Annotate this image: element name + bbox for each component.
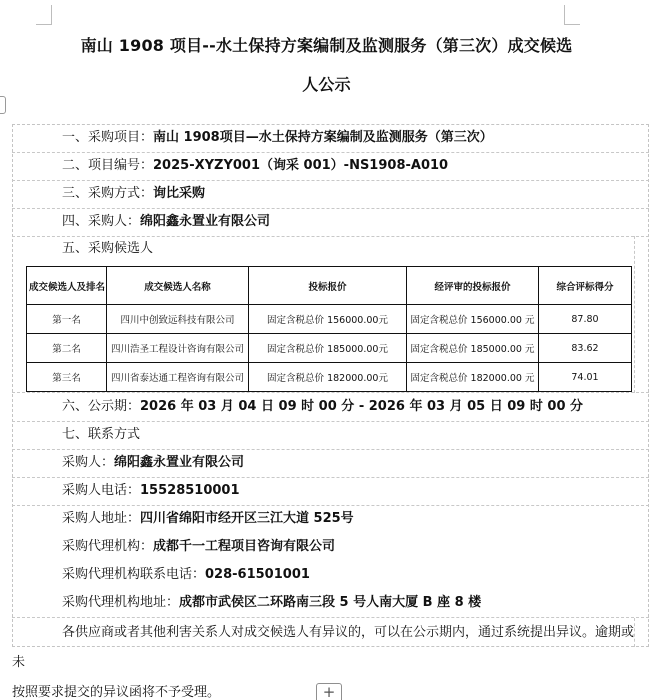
table-row: 第一名 四川中创致远科技有限公司 固定含税总价 156000.00元 固定含税总… <box>27 305 632 334</box>
cell-bid: 固定含税总价 182000.00元 <box>249 363 407 392</box>
row-contact-phone: 采购人电话：15528510001 <box>12 477 649 506</box>
contact-purchaser-value: 绵阳鑫永置业有限公司 <box>114 455 244 470</box>
row-contact-address: 采购人地址：四川省绵阳市经开区三江大道 525号 <box>12 505 649 533</box>
row-purchaser: 四、采购人：绵阳鑫永置业有限公司 <box>12 208 649 237</box>
table-header-row: 成交候选人及排名 成交候选人名称 投标报价 经评审的投标报价 综合评标得分 <box>27 267 632 305</box>
cell-rank: 第一名 <box>27 305 107 334</box>
table-move-handle[interactable] <box>0 96 6 114</box>
purchaser-phone-label: 采购人电话： <box>62 483 140 498</box>
project-number-value: 2025-XYZY001（询采 001）-NS1908-A010 <box>153 158 448 173</box>
document-page: 南山 1908 项目--水土保持方案编制及监测服务（第三次）成交候选 人公示 一… <box>0 0 653 700</box>
row-period: 六、公示期：2026 年 03 月 04 日 09 时 00 分 - 2026 … <box>12 393 649 422</box>
row-agency-address: 采购代理机构地址：成都市武侯区二环路南三段 5 号人南大厦 B 座 8 楼 <box>12 589 649 618</box>
row-contact-purchaser: 采购人：绵阳鑫永置业有限公司 <box>12 449 649 478</box>
cell-evaluated-bid: 固定含税总价 182000.00 元 <box>407 363 539 392</box>
margin-corner-top-right <box>564 5 580 25</box>
table-row: 第二名 四川浩圣工程设计咨询有限公司 固定含税总价 185000.00元 固定含… <box>27 334 632 363</box>
row-project: 一、采购项目：南山 1908项目—水土保持方案编制及监测服务（第三次） <box>12 124 649 153</box>
period-label: 六、公示期： <box>62 399 140 414</box>
purchaser-label: 四、采购人： <box>62 214 140 229</box>
cell-evaluated-bid: 固定含税总价 185000.00 元 <box>407 334 539 363</box>
agency-value: 成都千一工程项目咨询有限公司 <box>153 539 335 554</box>
col-header-bid: 投标报价 <box>249 267 407 305</box>
cell-divider <box>634 618 635 647</box>
table-row: 第三名 四川省泰达通工程咨询有限公司 固定含税总价 182000.00元 固定含… <box>27 363 632 392</box>
row-agency: 采购代理机构：成都千一工程项目咨询有限公司 <box>12 533 649 561</box>
col-header-evaluated-bid: 经评审的投标报价 <box>407 267 539 305</box>
contact-heading: 七、联系方式 <box>62 427 140 442</box>
cell-score: 87.80 <box>539 305 632 334</box>
project-value: 南山 1908项目—水土保持方案编制及监测服务（第三次） <box>153 130 493 145</box>
contact-purchaser-label: 采购人： <box>62 455 114 470</box>
notice-line-1: 各供应商或者其他利害关系人对成交候选人有异议的，可以在公示期内，通过系统提出异议… <box>12 618 634 678</box>
purchaser-value: 绵阳鑫永置业有限公司 <box>140 214 270 229</box>
method-label: 三、采购方式： <box>62 186 153 201</box>
method-value: 询比采购 <box>153 186 205 201</box>
agency-phone-value: 028-61501001 <box>205 567 310 582</box>
row-project-number: 二、项目编号：2025-XYZY001（询采 001）-NS1908-A010 <box>12 152 649 181</box>
cell-score: 74.01 <box>539 363 632 392</box>
project-label: 一、采购项目： <box>62 130 153 145</box>
col-header-rank: 成交候选人及排名 <box>27 267 107 305</box>
period-value: 2026 年 03 月 04 日 09 时 00 分 - 2026 年 03 月… <box>140 399 583 414</box>
agency-label: 采购代理机构： <box>62 539 153 554</box>
agency-address-value: 成都市武侯区二环路南三段 5 号人南大厦 B 座 8 楼 <box>179 595 481 610</box>
purchaser-phone-value: 15528510001 <box>140 483 240 498</box>
margin-corner-top-left <box>36 5 52 25</box>
row-contact-heading: 七、联系方式 <box>12 421 649 450</box>
agency-phone-label: 采购代理机构联系电话： <box>62 567 205 582</box>
cell-name: 四川浩圣工程设计咨询有限公司 <box>107 334 249 363</box>
col-header-score: 综合评标得分 <box>539 267 632 305</box>
cell-name: 四川中创致远科技有限公司 <box>107 305 249 334</box>
row-method: 三、采购方式：询比采购 <box>12 180 649 209</box>
cell-name: 四川省泰达通工程咨询有限公司 <box>107 363 249 392</box>
candidates-heading: 五、采购候选人 <box>62 241 153 256</box>
row-agency-phone: 采购代理机构联系电话：028-61501001 <box>12 561 649 589</box>
cell-rank: 第三名 <box>27 363 107 392</box>
cell-evaluated-bid: 固定含税总价 156000.00 元 <box>407 305 539 334</box>
candidates-table: 成交候选人及排名 成交候选人名称 投标报价 经评审的投标报价 综合评标得分 第一… <box>26 266 632 392</box>
purchaser-address-value: 四川省绵阳市经开区三江大道 525号 <box>140 511 354 526</box>
cell-divider <box>634 236 635 393</box>
agency-address-label: 采购代理机构地址： <box>62 595 179 610</box>
cell-rank: 第二名 <box>27 334 107 363</box>
document-title-line-1: 南山 1908 项目--水土保持方案编制及监测服务（第三次）成交候选 <box>0 33 653 56</box>
cell-bid: 固定含税总价 185000.00元 <box>249 334 407 363</box>
document-title-line-2: 人公示 <box>0 72 653 95</box>
purchaser-address-label: 采购人地址： <box>62 511 140 526</box>
cell-score: 83.62 <box>539 334 632 363</box>
add-row-button[interactable]: + <box>316 683 342 700</box>
cell-bid: 固定含税总价 156000.00元 <box>249 305 407 334</box>
project-number-label: 二、项目编号： <box>62 158 153 173</box>
col-header-name: 成交候选人名称 <box>107 267 249 305</box>
